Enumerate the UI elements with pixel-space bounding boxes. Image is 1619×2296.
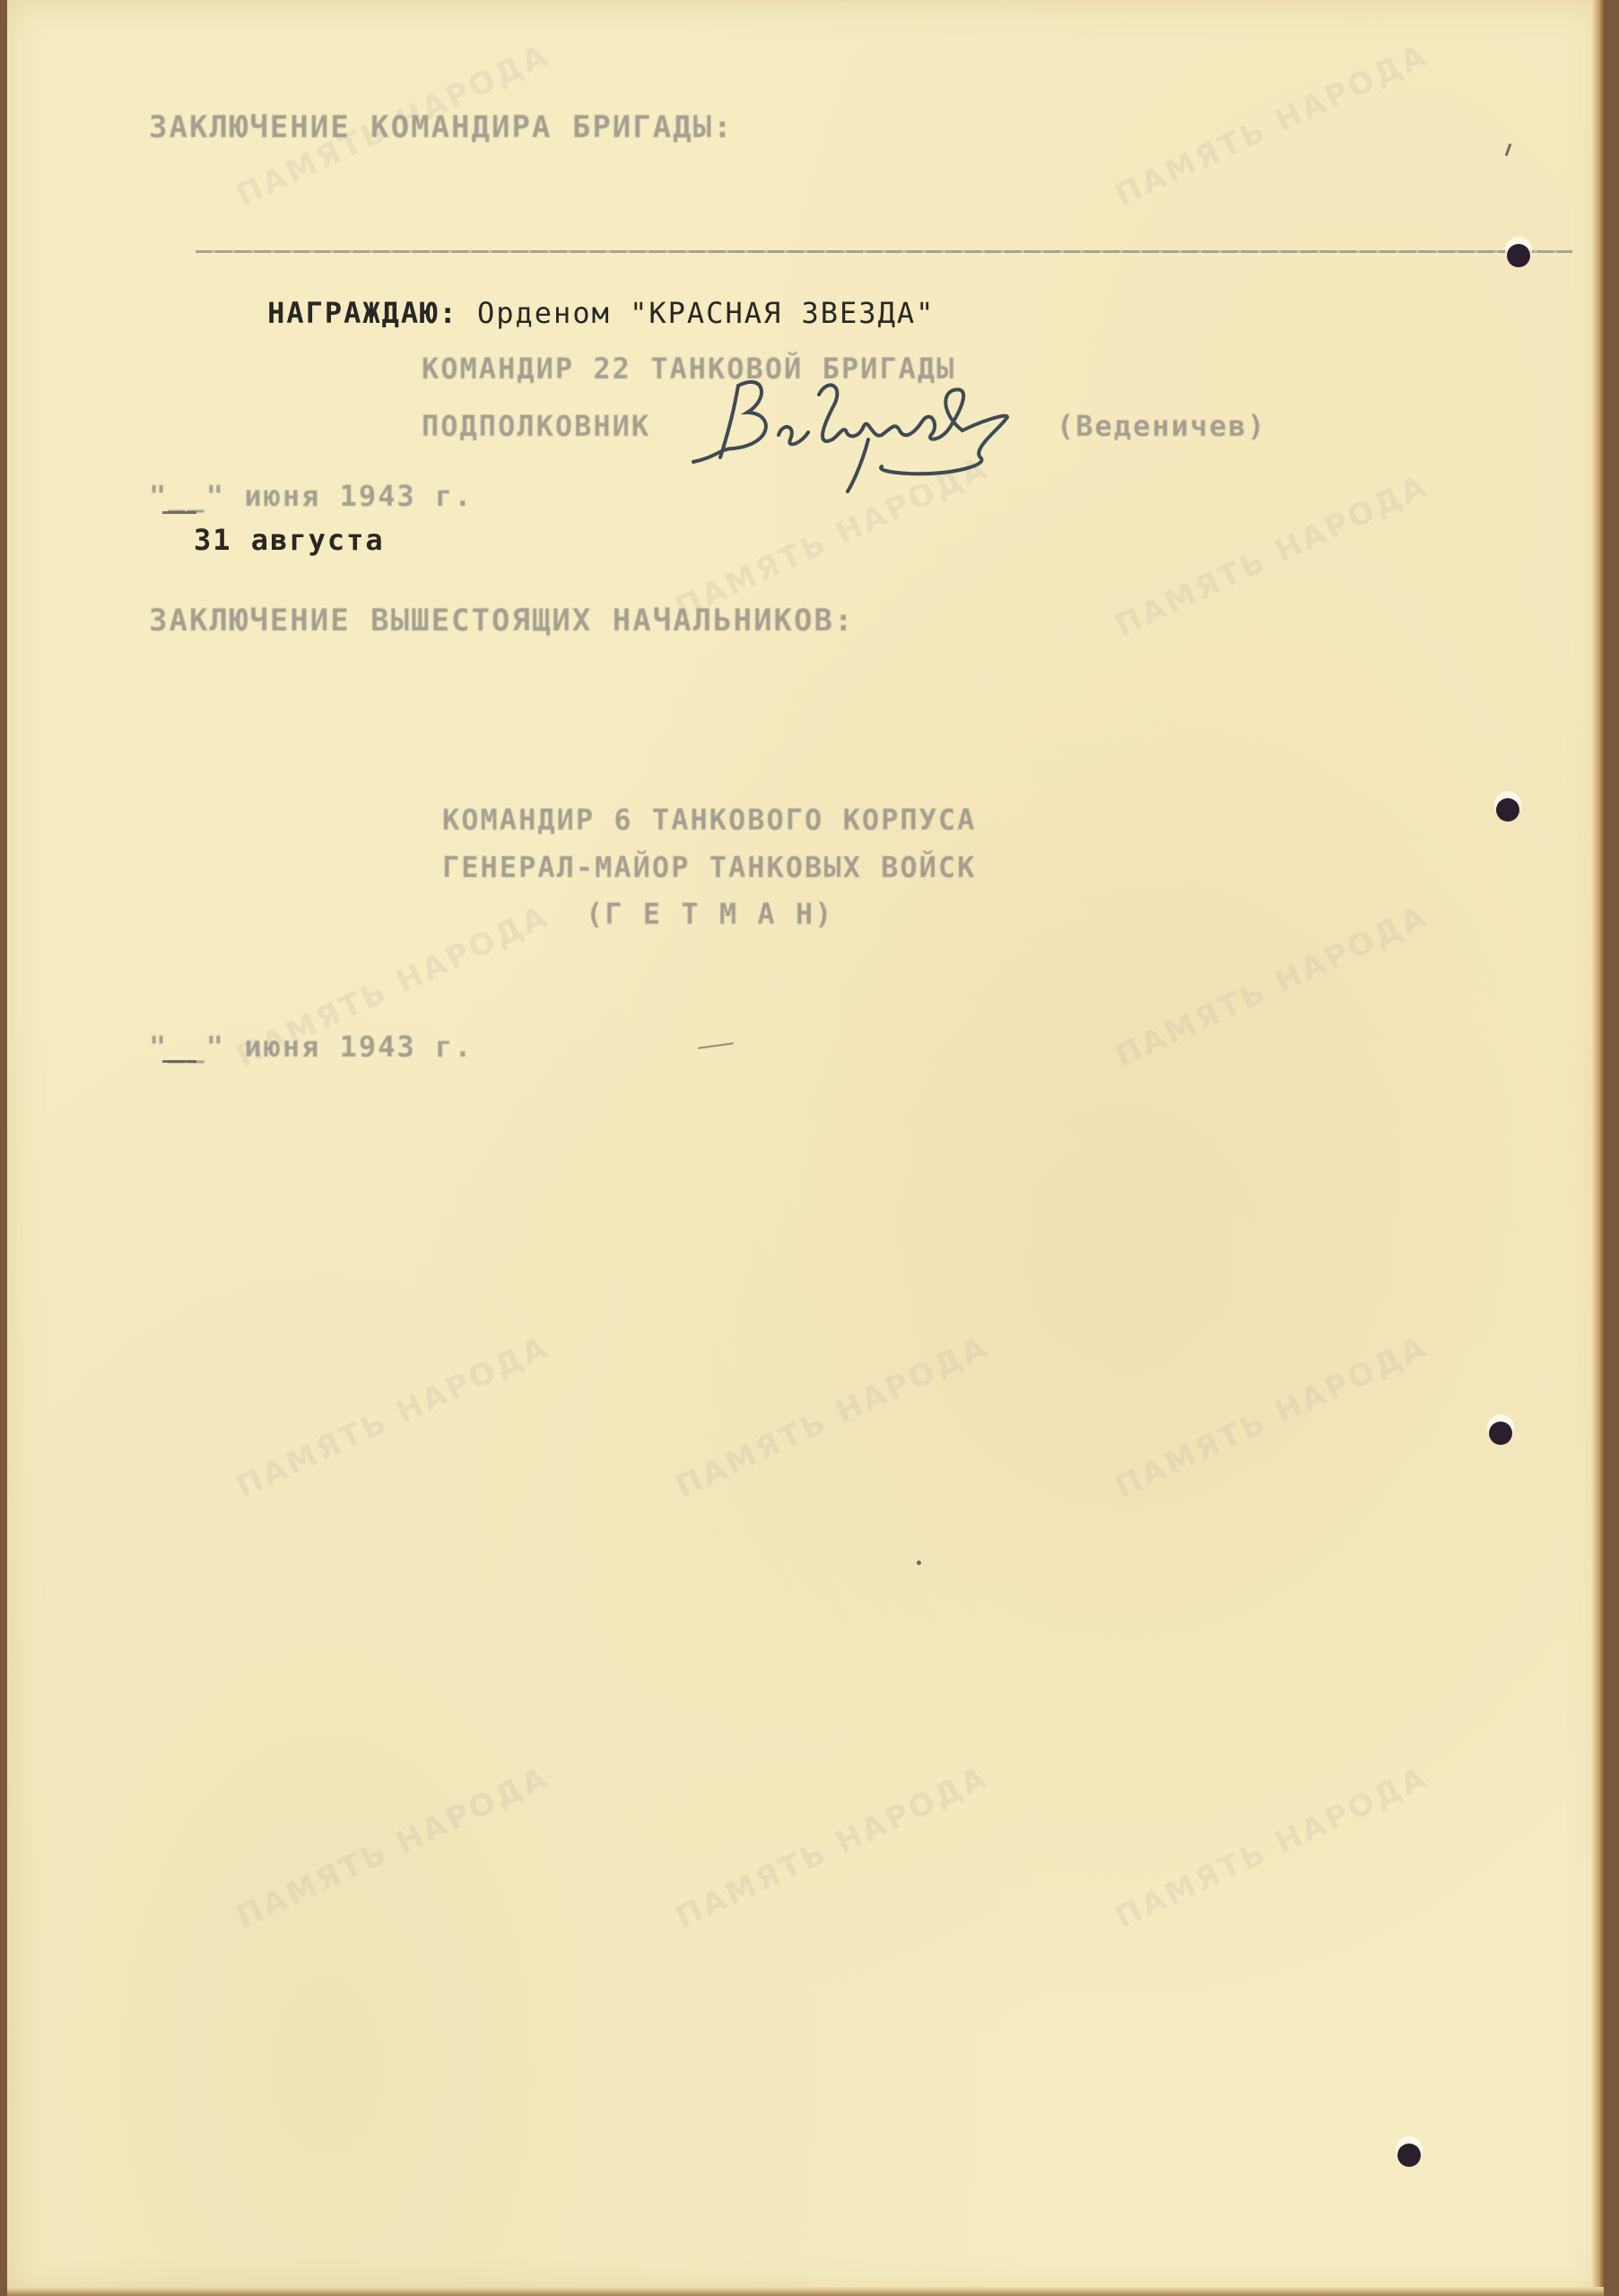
stray-mark — [1505, 143, 1512, 156]
watermark: ПАМЯТЬ НАРОДА — [670, 1760, 994, 1936]
stray-mark — [917, 1561, 921, 1565]
award-line: НАГРАЖДАЮ: Орденом "КРАСНАЯ ЗВЕЗДА" — [191, 262, 935, 364]
watermark: ПАМЯТЬ НАРОДА — [1110, 38, 1433, 214]
document-page: ПАМЯТЬ НАРОДА ПАМЯТЬ НАРОДА ПАМЯТЬ НАРОД… — [7, 0, 1604, 2296]
senior-commanders-heading: ЗАКЛЮЧЕНИЕ ВЫШЕСТОЯЩИХ НАЧАЛЬНИКОВ: — [149, 603, 854, 639]
watermark: ПАМЯТЬ НАРОДА — [1110, 1760, 1433, 1936]
punch-hole — [1507, 244, 1530, 267]
separator-line — [196, 250, 1572, 253]
corps-commander-title: КОМАНДИР 6 ТАНКОВОГО КОРПУСА — [442, 803, 976, 837]
corps-date: "__" июня 1943 г. — [149, 1030, 474, 1064]
brigade-date-template: "__" июня 1943 г. — [149, 479, 474, 513]
brigade-date-handwritten: 31 августа — [194, 523, 385, 557]
handwritten-signature — [684, 359, 1097, 493]
watermark: ПАМЯТЬ НАРОДА — [1110, 899, 1433, 1075]
date-blank-underline — [162, 1060, 196, 1063]
watermark: ПАМЯТЬ НАРОДА — [231, 1760, 554, 1936]
brigade-commander-heading: ЗАКЛЮЧЕНИЕ КОМАНДИРА БРИГАДЫ: — [149, 109, 734, 145]
paper-edge — [1591, 0, 1604, 2296]
watermark: ПАМЯТЬ НАРОДА — [670, 1329, 994, 1506]
watermark: ПАМЯТЬ НАРОДА — [1110, 468, 1433, 645]
punch-hole — [1397, 2144, 1421, 2167]
corps-commander-name: (Г Е Т М А Н) — [586, 897, 833, 931]
date-blank-underline — [162, 511, 196, 514]
stray-mark — [698, 1042, 734, 1049]
brigade-commander-rank: ПОДПОЛКОВНИК — [422, 409, 650, 443]
punch-hole — [1496, 798, 1519, 822]
watermark: ПАМЯТЬ НАРОДА — [231, 1329, 554, 1506]
paper-edge — [7, 2287, 1604, 2296]
corps-commander-rank: ГЕНЕРАЛ-МАЙОР ТАНКОВЫХ ВОЙСК — [442, 850, 976, 884]
award-text: Орденом "КРАСНАЯ ЗВЕЗДА" — [477, 296, 935, 330]
punch-hole — [1489, 1422, 1512, 1445]
watermark: ПАМЯТЬ НАРОДА — [1110, 1329, 1433, 1506]
award-label: НАГРАЖДАЮ: — [267, 296, 458, 330]
